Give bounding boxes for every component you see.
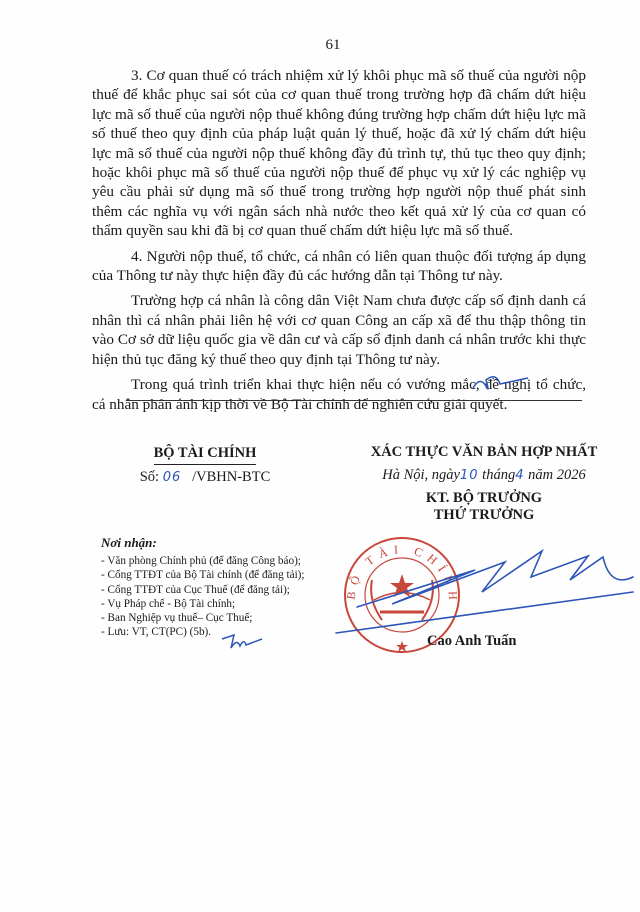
signer-name: Cao Anh Tuấn [427,633,516,650]
signature-icon [336,551,633,633]
initials-icon [473,377,528,389]
svg-text:BỘ TÀI CHÍNH: BỘ TÀI CHÍNH [344,542,461,606]
stamp-and-signatures: BỘ TÀI CHÍNH [0,0,640,912]
recipients-initials-icon [222,635,262,648]
